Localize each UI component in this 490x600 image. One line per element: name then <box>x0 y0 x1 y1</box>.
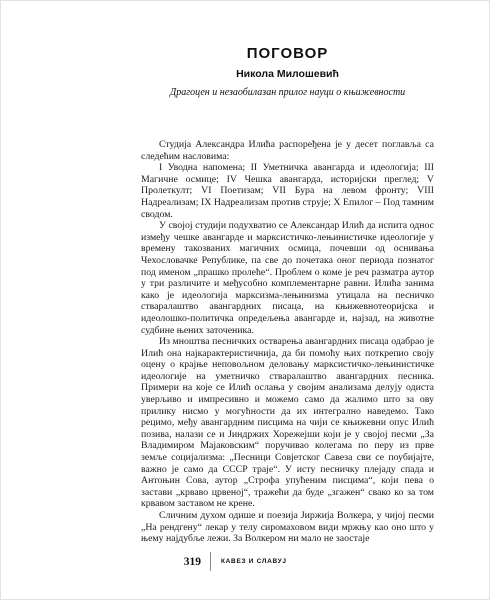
running-title: КАВЕЗ И СЛАВУЈ <box>211 558 287 565</box>
page-title: ПОГОВОР <box>141 45 434 62</box>
page-footer: 319 КАВЕЗ И СЛАВУЈ <box>141 552 287 571</box>
page-number: 319 <box>141 556 210 568</box>
page-content: ПОГОВОР Никола Милошевић Драгоцен и неза… <box>141 45 434 545</box>
body-text: Студија Александра Илића распоређена је … <box>141 139 434 545</box>
paragraph: I Уводна напомена; II Уметничка авангард… <box>141 162 434 220</box>
paragraph: Студија Александра Илића распоређена је … <box>141 139 434 162</box>
author-name: Никола Милошевић <box>141 68 434 80</box>
paragraph: У својој студији подухватио се Александа… <box>141 220 434 336</box>
paragraph: Сличним духом одише и поезија Јиржија Во… <box>141 510 434 545</box>
paragraph: Из мноштва песничких остварења авангардн… <box>141 336 434 510</box>
essay-subtitle: Драгоцен и незаобилазан прилог науци о к… <box>141 87 434 99</box>
book-page: ПОГОВОР Никола Милошевић Драгоцен и неза… <box>0 0 490 600</box>
